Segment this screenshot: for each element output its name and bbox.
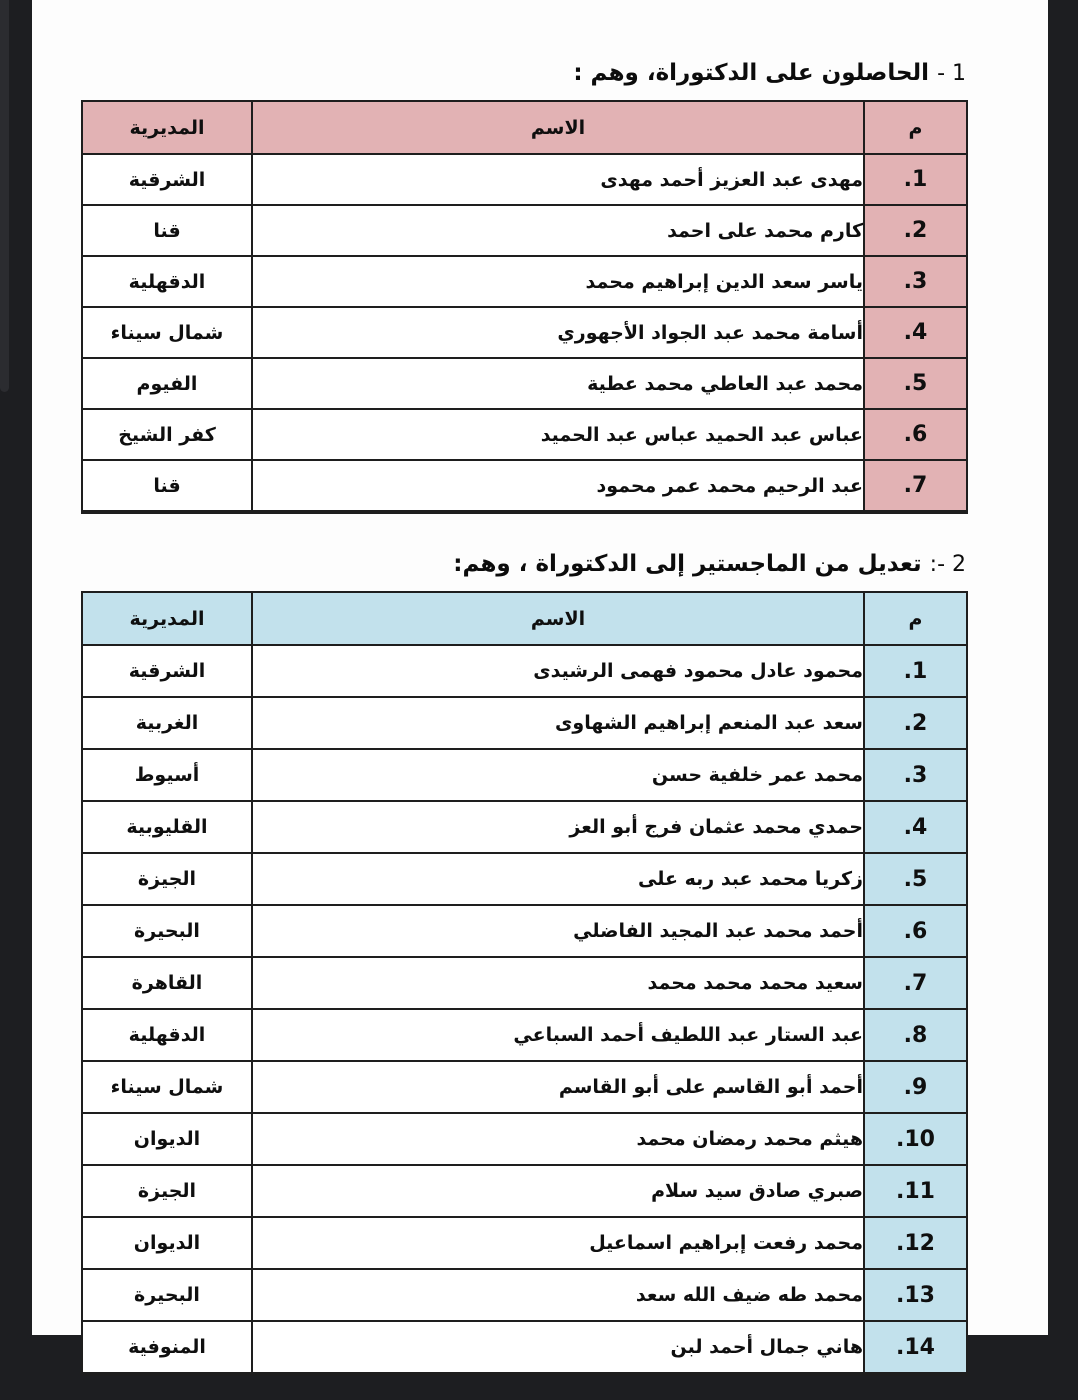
row-directorate: الدقهلية [82, 1009, 252, 1061]
row-name: عبد الستار عبد اللطيف أحمد السباعي [252, 1009, 864, 1061]
row-directorate: الديوان [82, 1113, 252, 1165]
table-row: .1 مهدى عبد العزيز أحمد مهدى الشرقية [82, 154, 967, 205]
table-row: .12 محمد رفعت إبراهيم اسماعيل الديوان [82, 1217, 967, 1269]
row-directorate: القليوبية [82, 801, 252, 853]
row-directorate: الدقهلية [82, 256, 252, 307]
row-name: زكريا محمد عبد ربه على [252, 853, 864, 905]
row-number: .3 [864, 749, 967, 801]
row-directorate: الفيوم [82, 358, 252, 409]
header-directorate: المديرية [82, 101, 252, 154]
table-row: .3 محمد عمر خلفية حسن أسيوط [82, 749, 967, 801]
header-directorate: المديرية [82, 592, 252, 645]
section2-title: 2 -: تعديل من الماجستير إلى الدكتوراة ، … [32, 547, 966, 582]
table-row: .9 أحمد أبو القاسم على أبو القاسم شمال س… [82, 1061, 967, 1113]
table-row: .4 حمدي محمد عثمان فرج أبو العز القليوبي… [82, 801, 967, 853]
row-number: .13 [864, 1269, 967, 1321]
row-name: سعيد محمد محمد محمد [252, 957, 864, 1009]
row-directorate: المنوفية [82, 1321, 252, 1374]
row-name: عبد الرحيم محمد عمر محمود [252, 460, 864, 512]
row-number: .4 [864, 801, 967, 853]
table-row: .8 عبد الستار عبد اللطيف أحمد السباعي ال… [82, 1009, 967, 1061]
table-row: .2 كارم محمد على احمد قنا [82, 205, 967, 256]
row-directorate: أسيوط [82, 749, 252, 801]
row-name: عباس عبد الحميد عباس عبد الحميد [252, 409, 864, 460]
table-row: .14 هاني جمال أحمد لبن المنوفية [82, 1321, 967, 1374]
document-content: 1 - الحاصلون على الدكتوراة، وهم : م الاس… [32, 0, 1048, 1376]
table-row: .7 عبد الرحيم محمد عمر محمود قنا [82, 460, 967, 512]
masters-to-doctorate-table: م الاسم المديرية .1 محمود عادل محمود فهم… [81, 591, 968, 1376]
row-number: .2 [864, 205, 967, 256]
screen-background: 1 - الحاصلون على الدكتوراة، وهم : م الاس… [0, 0, 1078, 1400]
table-row: .11 صبري صادق سيد سلام الجيزة [82, 1165, 967, 1217]
row-directorate: الشرقية [82, 154, 252, 205]
table-row: .2 سعد عبد المنعم إبراهيم الشهاوى الغربي… [82, 697, 967, 749]
row-number: .4 [864, 307, 967, 358]
row-name: ياسر سعد الدين إبراهيم محمد [252, 256, 864, 307]
row-number: .11 [864, 1165, 967, 1217]
table-row: .5 زكريا محمد عبد ربه على الجيزة [82, 853, 967, 905]
row-number: .1 [864, 154, 967, 205]
row-name: أحمد أبو القاسم على أبو القاسم [252, 1061, 864, 1113]
row-directorate: القاهرة [82, 957, 252, 1009]
row-number: .5 [864, 853, 967, 905]
row-name: محمود عادل محمود فهمى الرشيدى [252, 645, 864, 697]
row-name: هاني جمال أحمد لبن [252, 1321, 864, 1374]
row-name: محمد طه ضيف الله سعد [252, 1269, 864, 1321]
table-row: .13 محمد طه ضيف الله سعد البحيرة [82, 1269, 967, 1321]
table-header-row: م الاسم المديرية [82, 101, 967, 154]
row-directorate: الشرقية [82, 645, 252, 697]
row-name: مهدى عبد العزيز أحمد مهدى [252, 154, 864, 205]
table-row: .3 ياسر سعد الدين إبراهيم محمد الدقهلية [82, 256, 967, 307]
table-row: .6 أحمد محمد عبد المجيد الفاضلي البحيرة [82, 905, 967, 957]
row-name: أسامة محمد عبد الجواد الأجهوري [252, 307, 864, 358]
table-row: .5 محمد عبد العاطي محمد عطية الفيوم [82, 358, 967, 409]
header-number: م [864, 101, 967, 154]
row-directorate: الجيزة [82, 853, 252, 905]
header-name: الاسم [252, 101, 864, 154]
document-page: 1 - الحاصلون على الدكتوراة، وهم : م الاس… [32, 0, 1048, 1335]
section1-title: 1 - الحاصلون على الدكتوراة، وهم : [32, 56, 966, 91]
table-row: .4 أسامة محمد عبد الجواد الأجهوري شمال س… [82, 307, 967, 358]
row-number: .6 [864, 905, 967, 957]
row-number: .12 [864, 1217, 967, 1269]
row-directorate: قنا [82, 205, 252, 256]
row-number: .8 [864, 1009, 967, 1061]
row-number: .1 [864, 645, 967, 697]
screen-edge-highlight [0, 0, 9, 392]
header-number: م [864, 592, 967, 645]
row-name: صبري صادق سيد سلام [252, 1165, 864, 1217]
row-name: محمد عمر خلفية حسن [252, 749, 864, 801]
row-number: .7 [864, 460, 967, 512]
row-directorate: البحيرة [82, 905, 252, 957]
row-name: هيثم محمد رمضان محمد [252, 1113, 864, 1165]
table-header-row: م الاسم المديرية [82, 592, 967, 645]
row-number: .5 [864, 358, 967, 409]
row-name: محمد عبد العاطي محمد عطية [252, 358, 864, 409]
row-directorate: الديوان [82, 1217, 252, 1269]
row-directorate: شمال سيناء [82, 307, 252, 358]
row-name: محمد رفعت إبراهيم اسماعيل [252, 1217, 864, 1269]
row-number: .3 [864, 256, 967, 307]
table-row: .10 هيثم محمد رمضان محمد الديوان [82, 1113, 967, 1165]
row-directorate: قنا [82, 460, 252, 512]
row-number: .9 [864, 1061, 967, 1113]
row-directorate: البحيرة [82, 1269, 252, 1321]
row-name: حمدي محمد عثمان فرج أبو العز [252, 801, 864, 853]
section1-title-number: 1 - [937, 61, 966, 86]
table-row: .7 سعيد محمد محمد محمد القاهرة [82, 957, 967, 1009]
row-name: سعد عبد المنعم إبراهيم الشهاوى [252, 697, 864, 749]
row-number: .7 [864, 957, 967, 1009]
section1-title-text: الحاصلون على الدكتوراة، وهم : [573, 60, 929, 86]
section2-title-text: تعديل من الماجستير إلى الدكتوراة ، وهم: [453, 551, 921, 577]
row-number: .2 [864, 697, 967, 749]
row-name: كارم محمد على احمد [252, 205, 864, 256]
section2-title-number: 2 -: [930, 552, 966, 577]
row-directorate: الجيزة [82, 1165, 252, 1217]
row-name: أحمد محمد عبد المجيد الفاضلي [252, 905, 864, 957]
doctorate-holders-table: م الاسم المديرية .1 مهدى عبد العزيز أحمد… [81, 100, 968, 514]
table-row: .1 محمود عادل محمود فهمى الرشيدى الشرقية [82, 645, 967, 697]
row-number: .10 [864, 1113, 967, 1165]
row-directorate: الغربية [82, 697, 252, 749]
row-directorate: كفر الشيخ [82, 409, 252, 460]
row-number: .14 [864, 1321, 967, 1374]
header-name: الاسم [252, 592, 864, 645]
row-directorate: شمال سيناء [82, 1061, 252, 1113]
row-number: .6 [864, 409, 967, 460]
table-row: .6 عباس عبد الحميد عباس عبد الحميد كفر ا… [82, 409, 967, 460]
